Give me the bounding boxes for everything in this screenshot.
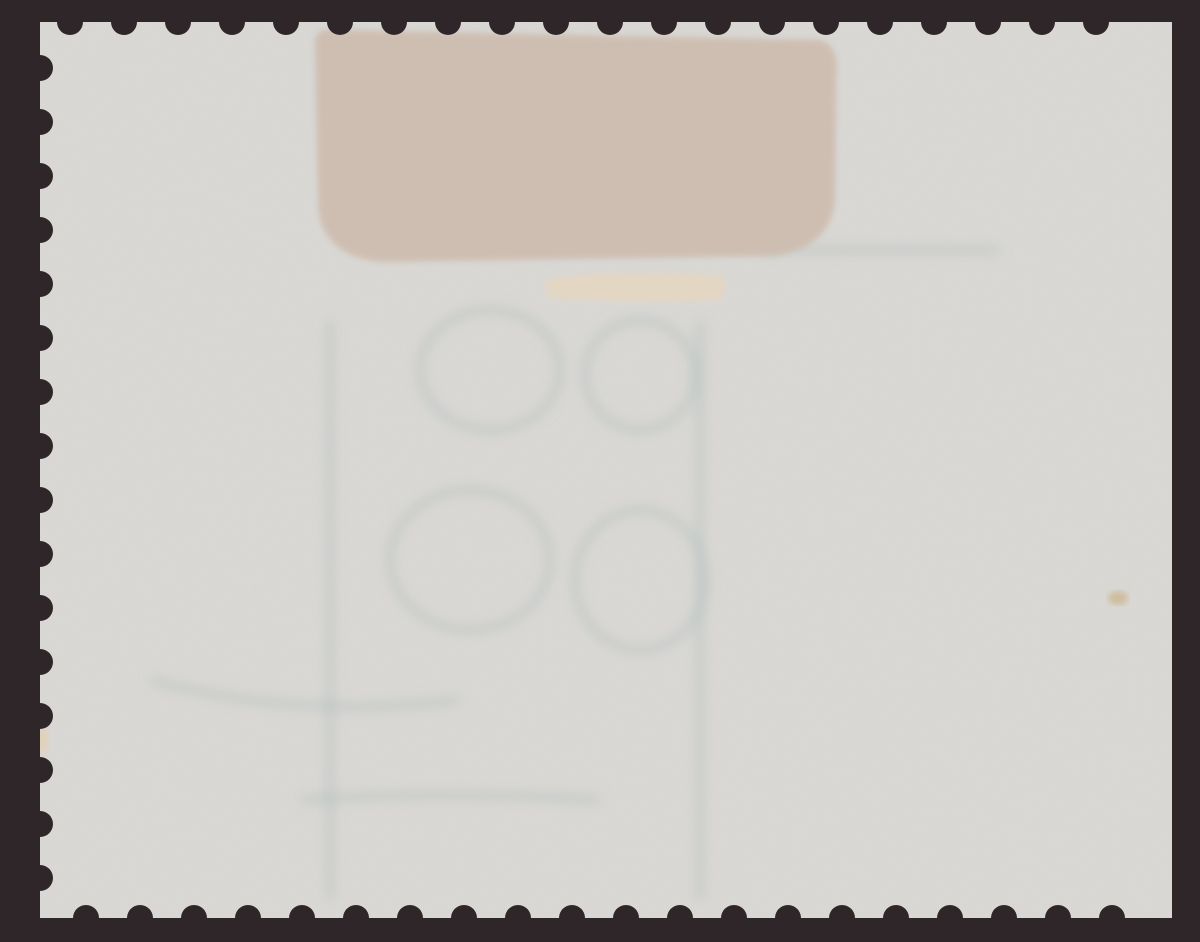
stamp-photo xyxy=(0,0,1200,942)
hinge-remnant xyxy=(315,29,837,262)
stamp-back-image xyxy=(0,0,1200,942)
stain-spot xyxy=(1108,591,1128,605)
hinge-strip xyxy=(545,273,725,302)
stamp xyxy=(32,22,1172,918)
